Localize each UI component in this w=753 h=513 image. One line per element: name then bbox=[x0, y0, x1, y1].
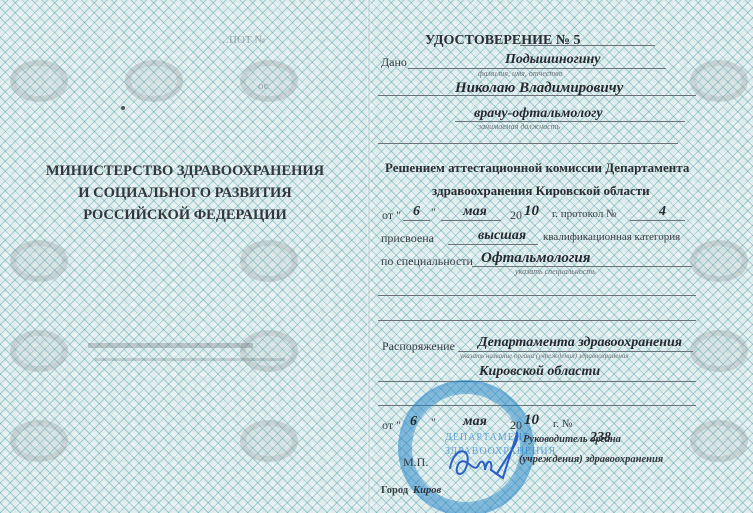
signature bbox=[445, 428, 525, 488]
name-line bbox=[378, 95, 696, 96]
faint-header-text: …ПОТ № bbox=[218, 34, 265, 46]
order-body-line-1: Департамента здравоохранения bbox=[478, 335, 682, 351]
center-fold bbox=[367, 0, 371, 513]
order-day: 6 bbox=[410, 414, 417, 430]
watermark-rosette bbox=[690, 330, 748, 372]
city-value: Киров bbox=[413, 485, 441, 496]
decision-day-line bbox=[403, 220, 430, 221]
decision-quote: " bbox=[431, 205, 436, 220]
certificate-title: УДОСТОВЕРЕНИЕ № 5 bbox=[425, 33, 580, 49]
recipient-surname: Подышиногину bbox=[505, 52, 601, 68]
decision-year-suffix: 10 bbox=[524, 203, 539, 220]
specialty-value: Офтальмология bbox=[481, 250, 591, 267]
watermark-rosette bbox=[690, 240, 748, 282]
order-label: Распоряжение bbox=[382, 339, 455, 354]
assigned-label: присвоена bbox=[381, 231, 434, 246]
decision-month: мая bbox=[463, 204, 487, 220]
left-page: …ПОТ № ос МИНИСТЕРСТВО ЗДРАВООХРАНЕНИЯ И… bbox=[0, 0, 367, 513]
category-line bbox=[448, 244, 538, 245]
protocol-line bbox=[630, 220, 685, 221]
head-caption-line-2: (учреждения) здравоохранения bbox=[519, 454, 663, 465]
order-number-label: г. № bbox=[553, 418, 572, 430]
watermark-rosette bbox=[690, 60, 748, 102]
seal-label: М.П. bbox=[403, 455, 428, 470]
protocol-label: г. протокол № bbox=[552, 208, 617, 220]
faint-stamp-line bbox=[88, 343, 253, 348]
order-body-line-2: Кировской области bbox=[479, 364, 600, 380]
category-value: высшая bbox=[478, 228, 526, 244]
head-caption-line-1: Руководитель органа bbox=[523, 434, 621, 445]
faint-stamp-line bbox=[95, 358, 285, 361]
specialty-hint: указать специальность bbox=[515, 267, 596, 276]
recipient-position: врачу-офтальмологу bbox=[474, 106, 603, 122]
small-dot bbox=[121, 106, 125, 110]
decision-from-label: от " bbox=[382, 208, 401, 223]
issued-label: Дано bbox=[381, 55, 407, 70]
faint-mark: ос bbox=[258, 80, 269, 92]
order-quote: " bbox=[431, 415, 436, 430]
blank-line bbox=[378, 320, 696, 321]
decision-year-prefix: 20 bbox=[510, 208, 522, 223]
order-body-hint: указать название органа (учреждения) здр… bbox=[460, 352, 629, 360]
blank-line bbox=[378, 143, 678, 144]
order-year-suffix: 10 bbox=[524, 412, 539, 429]
surname-hint: фамилия, имя, отчество bbox=[478, 69, 563, 78]
position-hint: занимаемая должность bbox=[478, 122, 560, 131]
order-body-line-2-rule bbox=[378, 381, 696, 382]
order-from-label: от " bbox=[382, 418, 401, 433]
ministry-line-1: МИНИСТЕРСТВО ЗДРАВООХРАНЕНИЯ bbox=[20, 160, 350, 182]
ministry-line-2: И СОЦИАЛЬНОГО РАЗВИТИЯ bbox=[20, 182, 350, 204]
city-label: Город bbox=[381, 485, 408, 496]
decision-line-1: Решением аттестационной комиссии Департа… bbox=[385, 160, 689, 176]
blank-line bbox=[378, 295, 696, 296]
category-label: квалификационная категория bbox=[543, 231, 680, 243]
watermark-rosette bbox=[690, 420, 748, 462]
specialty-label: по специальности bbox=[381, 254, 473, 269]
decision-line-2: здравоохранения Кировской области bbox=[432, 183, 650, 199]
ministry-line-3: РОССИЙСКОЙ ФЕДЕРАЦИИ bbox=[20, 204, 350, 226]
protocol-number: 4 bbox=[659, 204, 666, 220]
ministry-heading: МИНИСТЕРСТВО ЗДРАВООХРАНЕНИЯ И СОЦИАЛЬНО… bbox=[20, 160, 350, 226]
decision-month-line bbox=[441, 220, 501, 221]
decision-day: 6 bbox=[413, 204, 420, 220]
title-underline bbox=[520, 45, 655, 46]
